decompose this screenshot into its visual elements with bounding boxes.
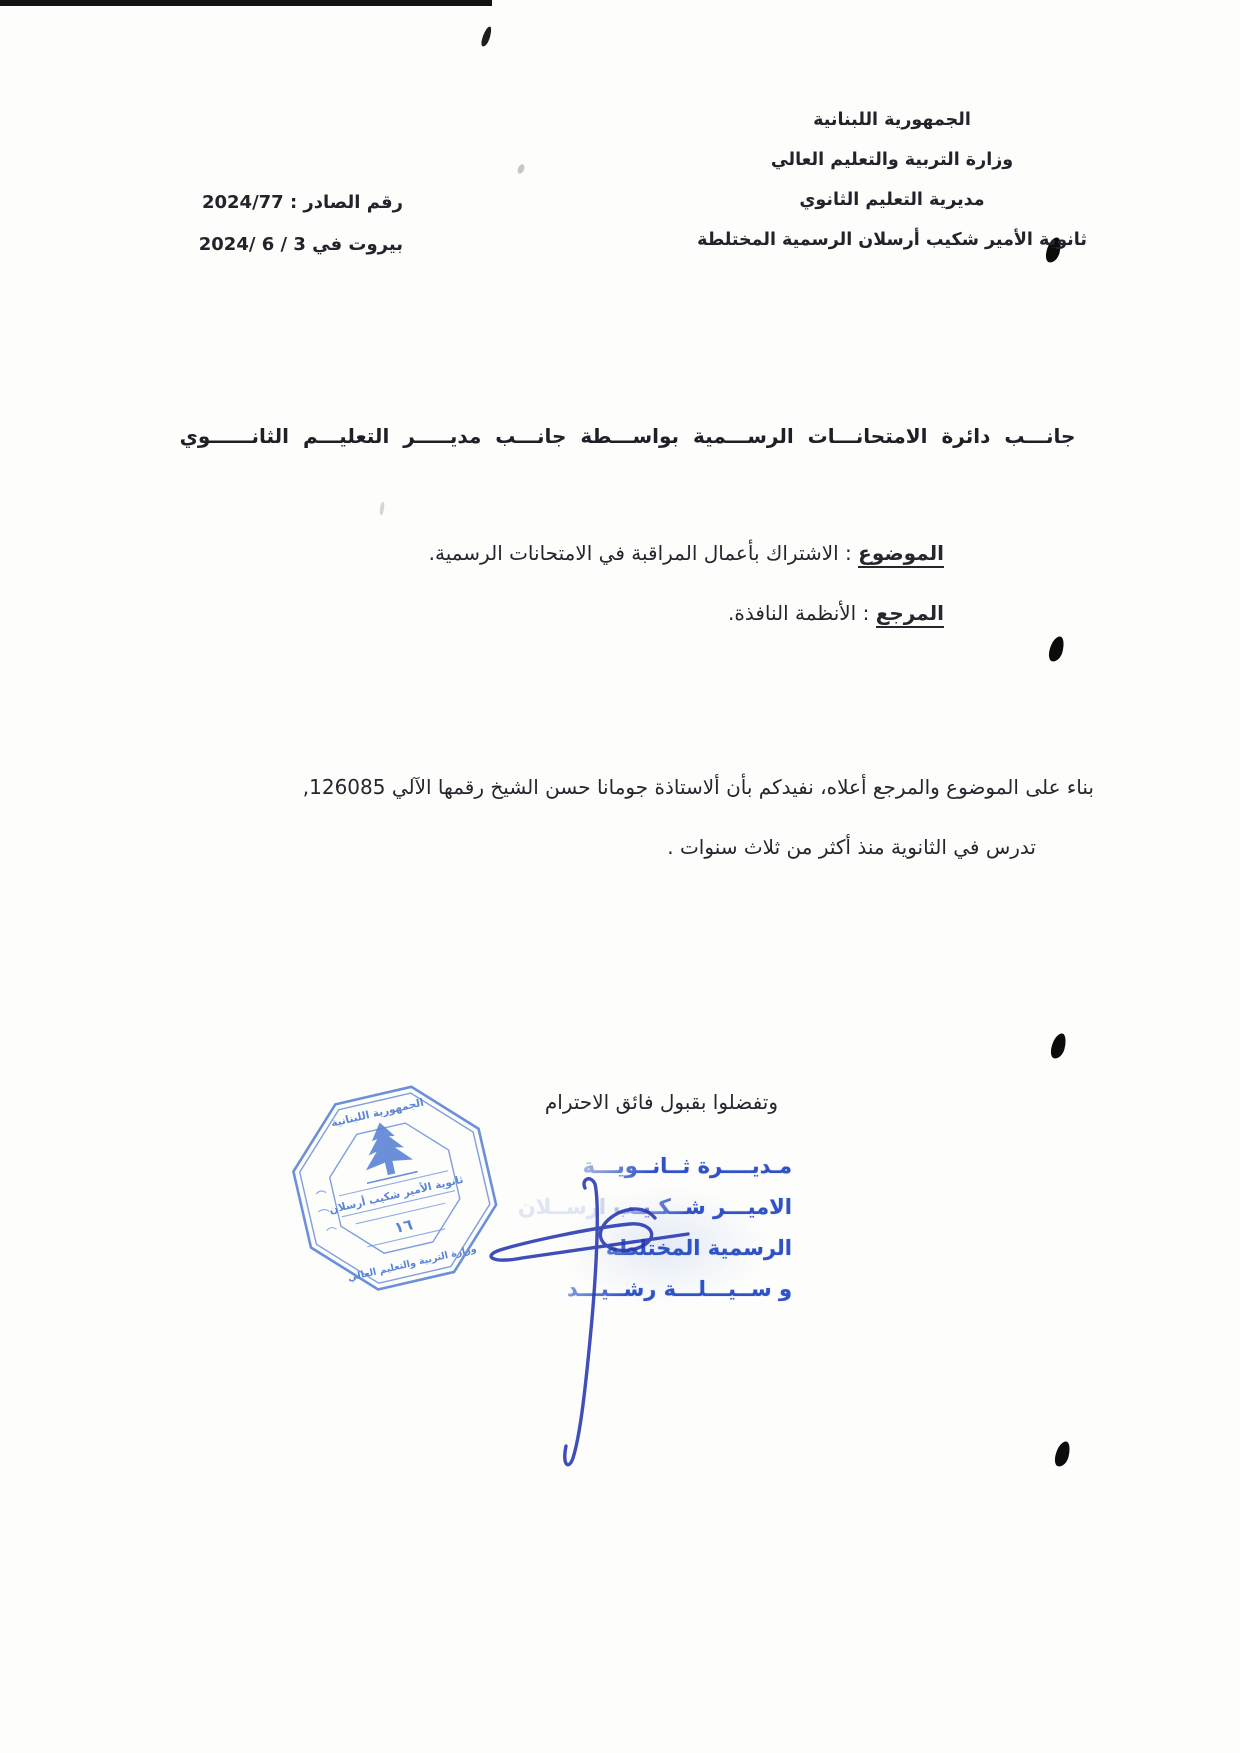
scan-edge-strip bbox=[0, 0, 492, 6]
letterhead-republic: الجمهورية اللبنانية bbox=[672, 100, 1112, 140]
subject-text: : الاشتراك بأعمال المراقبة في الامتحانات… bbox=[429, 541, 859, 565]
signature-svg bbox=[430, 1160, 800, 1480]
body-line-2: تدرس في الثانوية منذ أكثر من ثلاث سنوات … bbox=[667, 830, 1036, 864]
stamp-number: ١٦ bbox=[393, 1215, 415, 1237]
outgoing-number: رقم الصادر : 2024/77 bbox=[148, 182, 403, 224]
body-line-1: بناء على الموضوع والمرجع أعلاه، نفيدكم ب… bbox=[303, 770, 1094, 804]
subject-label: الموضوع bbox=[858, 541, 944, 568]
reference-label: المرجع bbox=[876, 601, 944, 628]
scan-ink-blot bbox=[1049, 1032, 1068, 1060]
date-line: بيروت في 3 / 6 /2024 bbox=[148, 224, 403, 266]
letterhead: الجمهورية اللبنانية وزارة التربية والتعل… bbox=[672, 100, 1112, 260]
scan-ink-blot bbox=[1047, 635, 1066, 663]
letterhead-directorate: مديرية التعليم الثانوي bbox=[672, 180, 1112, 220]
subject-line: الموضوع : الاشتراك بأعمال المراقبة في ال… bbox=[429, 541, 944, 565]
reference-text: : الأنظمة النافذة. bbox=[728, 601, 876, 625]
scan-mark bbox=[480, 25, 493, 47]
document-meta: رقم الصادر : 2024/77 بيروت في 3 / 6 /202… bbox=[148, 182, 403, 266]
closing-phrase: وتفضلوا بقبول فائق الاحترام bbox=[545, 1090, 778, 1114]
handwritten-signature bbox=[430, 1160, 800, 1480]
scan-speck bbox=[379, 502, 385, 515]
scanned-letter-page: الجمهورية اللبنانية وزارة التربية والتعل… bbox=[0, 0, 1240, 1753]
scan-ink-blot bbox=[1053, 1440, 1072, 1468]
letterhead-ministry: وزارة التربية والتعليم العالي bbox=[672, 140, 1112, 180]
letterhead-school: ثانوية الأمير شكيب أرسلان الرسمية المختل… bbox=[672, 220, 1112, 260]
scan-speck bbox=[516, 163, 526, 175]
addressee-title: جانـــب دائرة الامتحانـــات الرســـمية ب… bbox=[165, 424, 1090, 448]
reference-line: المرجع : الأنظمة النافذة. bbox=[728, 601, 944, 625]
